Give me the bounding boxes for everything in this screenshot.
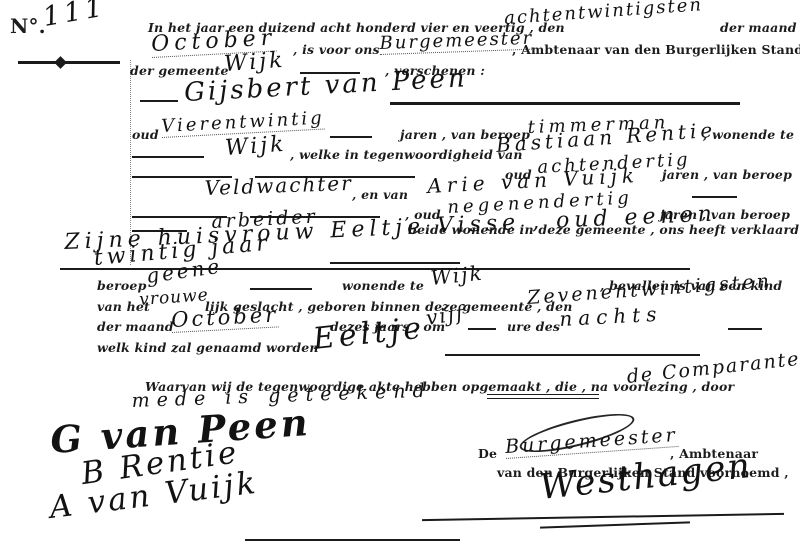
rule-line [250,288,312,290]
rule-line [140,100,178,102]
signature-underline-2 [540,521,690,528]
hw-birth-hour: vijf [424,300,467,330]
printed-welke-in: , welke in tegenwoordigheid van [290,147,523,162]
printed-wonende-te-2: wonende te [342,278,424,293]
printed-genaamd: welk kind zal genaamd worden [97,340,319,355]
printed-en-van: , en van [352,187,408,202]
act-number-label: N°. [10,14,46,38]
printed-jaren-beroep-2: jaren , van beroep [662,167,792,182]
printed-de: De [478,446,497,461]
hw-official-title: Burgemeester [379,28,533,55]
rule-line [390,102,740,105]
flourish-diamond [54,56,67,69]
printed-ambtenaar: , Ambtenaar van den Burgerlijken Stand , [512,42,800,57]
signature-underline [422,513,784,521]
rule-line [330,262,460,264]
act-number-value: 111 [41,0,109,33]
hw-birth-month: October [171,302,279,333]
hw-declarant-age: Vierentwintig [161,107,325,138]
rule-line [445,354,700,356]
printed-der-maand-2: der maand [97,319,174,334]
printed-der-maand: der maand [720,20,797,35]
hw-act-day: achtentwintigsten [504,0,704,29]
hw-child-name: Eeltje [311,310,426,357]
rule-line [692,196,737,198]
printed-is-voor-ons: , is voor ons [293,42,380,57]
birth-record-scan: N°. 111 In het jaar een duizend acht hon… [0,0,800,545]
hw-birth-timeofday: nachts [559,302,663,331]
flourish-rule [18,61,120,64]
scan-artifact-line [245,539,460,541]
hw-declarant-residence: Wijk [224,132,287,161]
hw-mother-residence: Wijk [429,261,484,290]
hw-official-title-footer: Burgemeester [504,424,678,459]
rule-line [728,328,762,330]
printed-ure-des: ure des [507,319,560,334]
signature-official: Westhagen [538,446,754,508]
rule-line [132,156,204,158]
rule-line [468,328,496,330]
rule-line [487,394,599,399]
rule-line [330,136,372,138]
printed-oud: oud [132,127,159,142]
hw-witness1-occupation: Veldwachter [204,171,353,200]
